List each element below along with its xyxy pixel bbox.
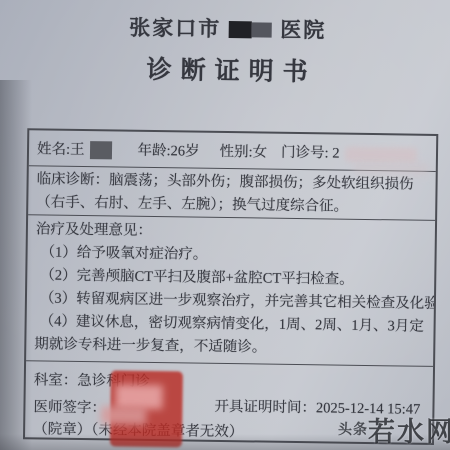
name-field: 姓名:王: [37, 137, 112, 160]
redaction-blur: [353, 162, 429, 176]
certificate-header: 张家口市医院 诊断证明书: [2, 10, 450, 90]
watermark: 头条若水网: [338, 410, 450, 449]
gender-field: 性别:女: [219, 140, 267, 162]
hospital-name-prefix: 张家口市: [129, 16, 221, 41]
paper-sheet: 张家口市医院 诊断证明书 姓名:王 年龄:26岁 性别:女 门诊号: 2 临床诊…: [0, 0, 450, 450]
document-photo: 张家口市医院 诊断证明书 姓名:王 年龄:26岁 性别:女 门诊号: 2 临床诊…: [0, 0, 450, 450]
document-title: 诊断证明书: [2, 48, 450, 90]
redaction-block-dark: [228, 21, 251, 38]
issue-time-label: 开具证明时间：: [214, 399, 316, 416]
treatment-item: （4）建议休息，密切观察病情变化，1周、2周、1月、3月定期就诊专科进一步复查，…: [34, 310, 426, 361]
age-label: 年龄:: [137, 143, 170, 159]
seal-redaction-blur: [115, 384, 162, 409]
treatment-row: 治疗及处理意见： （1）给予吸氧对症治疗。 （2）完善颅脑CT平扫及腹部+盆腔C…: [26, 215, 435, 367]
clinic-no-redaction-blur: [344, 147, 416, 163]
name-label: 姓名:: [37, 141, 70, 157]
watermark-text: 若水网: [368, 417, 450, 447]
name-redaction-block: [89, 141, 111, 159]
gender-value: 女: [252, 144, 267, 160]
clinic-no-field: 门诊号: 2: [281, 141, 417, 164]
diagnosis-label: 临床诊断：: [37, 171, 110, 188]
age-field: 年龄:26岁: [137, 139, 199, 161]
clinic-no-value: 2: [332, 145, 339, 161]
redaction-block-gray: [251, 22, 271, 37]
hospital-name-suffix: 医院: [280, 18, 326, 43]
certificate-table: 姓名:王 年龄:26岁 性别:女 门诊号: 2 临床诊断：脑震荡；头部外伤；腹部…: [23, 128, 438, 445]
doctor-signature-label: 医师签字：: [33, 395, 106, 417]
age-value: 26岁: [170, 143, 199, 159]
clinic-no-label: 门诊号:: [281, 145, 329, 162]
department-label: 科室：: [34, 372, 78, 389]
gender-label: 性别:: [219, 144, 252, 160]
hospital-name-line: 张家口市医院: [3, 10, 450, 46]
name-value: 王: [70, 141, 85, 157]
watermark-prefix: 头条: [338, 423, 368, 438]
seal-redaction-blur: [101, 406, 146, 425]
